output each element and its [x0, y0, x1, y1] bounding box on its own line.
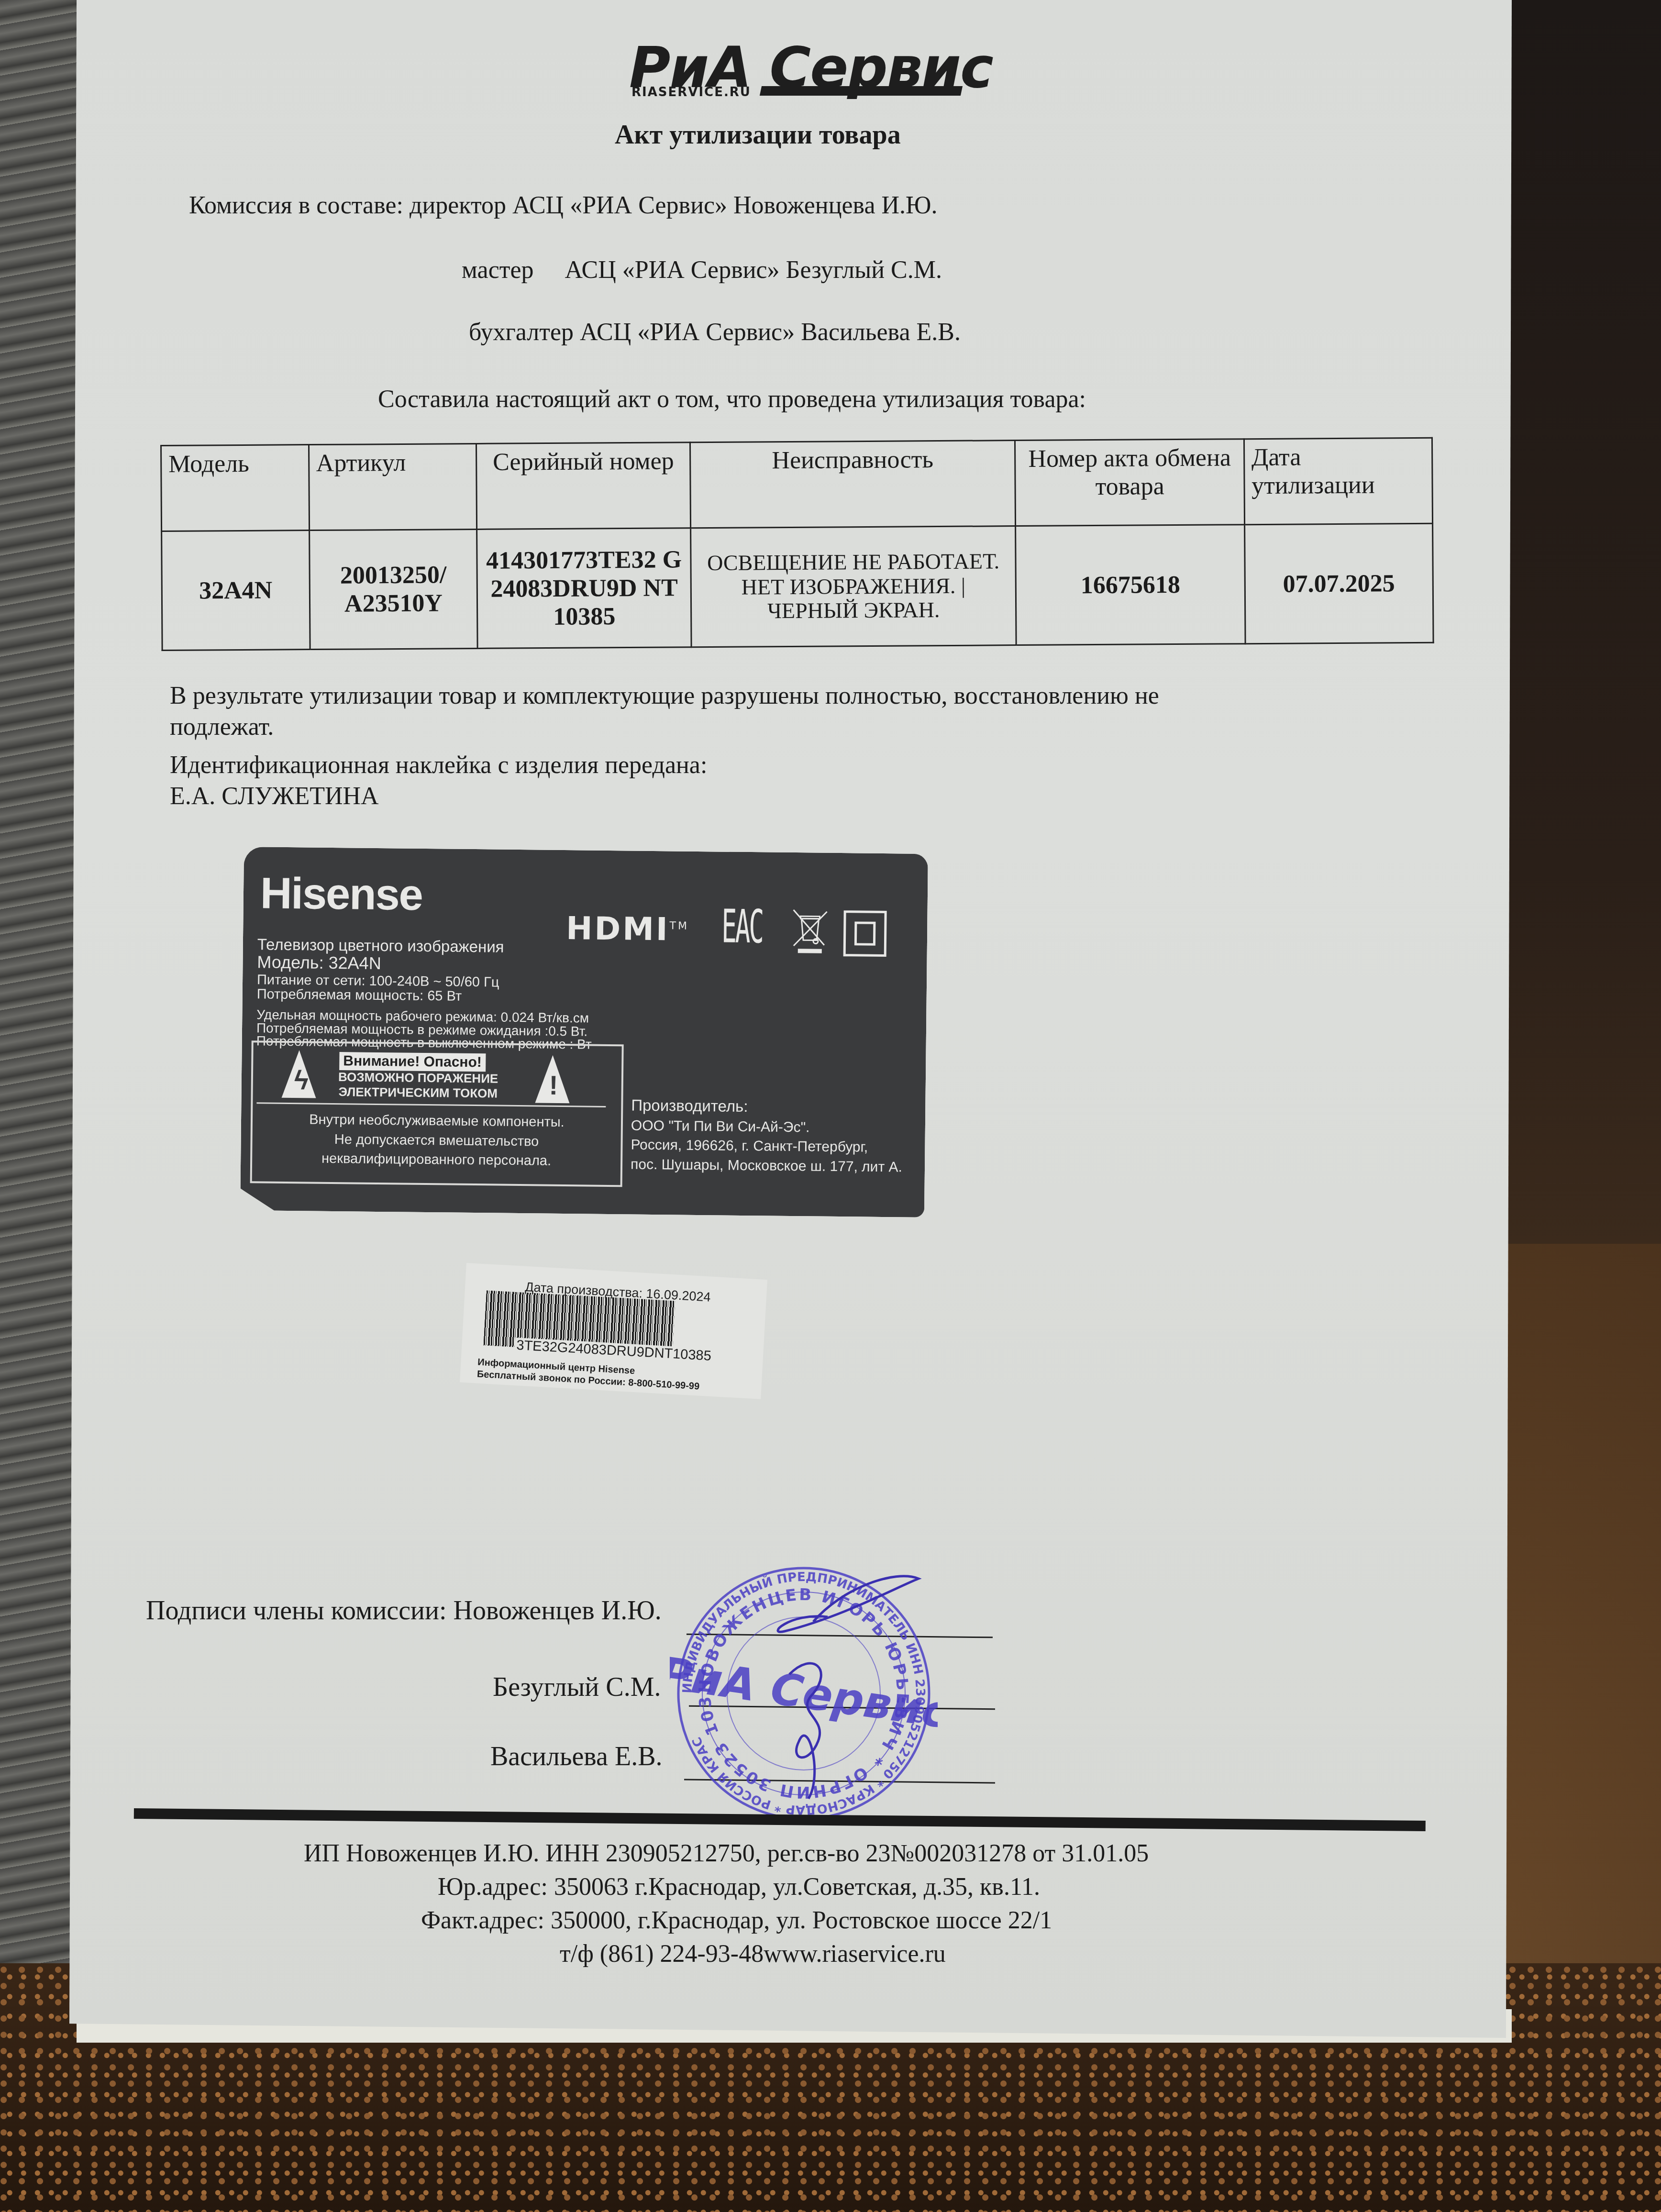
column-header-model: Модель	[161, 445, 310, 531]
cell-article: 20013250/ A23510Y	[309, 529, 477, 649]
hdmi-text: HDMI	[566, 910, 670, 948]
eac-mark-icon: EAC	[721, 899, 763, 953]
signatures-title: Подписи члены комиссии: Новоженцев И.Ю.	[146, 1595, 662, 1626]
serial-barcode-sticker: Дата производства: 16.09.2024 3TE32G2408…	[460, 1263, 767, 1399]
result-text-line2: подлежат.	[170, 713, 274, 741]
table-header-row: Модель Артикул Серийный номер Неисправно…	[161, 438, 1433, 531]
accountant-line: бухгалтер АСЦ «РИА Сервис» Васильева Е.В…	[469, 318, 961, 346]
warning-danger-line1: ВОЗМОЖНО ПОРАЖЕНИЕ	[338, 1070, 498, 1086]
cell-defect: ОСВЕЩЕНИЕ НЕ РАБОТАЕТ. НЕТ ИЗОБРАЖЕНИЯ. …	[690, 526, 1016, 647]
commission-line: Комиссия в составе: директор АСЦ «РИА Се…	[189, 191, 938, 220]
hisense-rating-label: Hisense HDMITM EAC Телевизор цветного из…	[240, 847, 928, 1217]
manufacturer-info: Производитель: ООО "Ти Пи Ви Си-Ай-Эс". …	[631, 1095, 903, 1177]
master-line: мастер АСЦ «РИА Сервис» Безуглый С.М.	[462, 256, 942, 284]
warning-danger-line2: ЭЛЕКТРИЧЕСКИМ ТОКОМ	[338, 1084, 498, 1101]
footer-legal-address: Юр.адрес: 350063 г.Краснодар, ул.Советск…	[438, 1873, 1040, 1901]
company-stamp: ИНДИВИДУАЛЬНЫЙ ПРЕДПРИНИМАТЕЛЬ ИНН 23090…	[670, 1559, 938, 1827]
warning-danger-text: ВОЗМОЖНО ПОРАЖЕНИЕ ЭЛЕКТРИЧЕСКИМ ТОКОМ	[338, 1070, 498, 1101]
trademark-sign: TM	[669, 920, 689, 932]
column-header-exchange-act: Номер акта обмена товара	[1015, 439, 1244, 526]
column-header-defect: Неисправность	[690, 441, 1016, 528]
column-header-article: Артикул	[309, 443, 477, 530]
hdmi-logo-icon: HDMITM	[566, 910, 689, 948]
column-header-serial: Серийный номер	[476, 442, 690, 530]
manufacturer-name: ООО "Ти Пи Ви Си-Ай-Эс".	[631, 1116, 903, 1138]
manufacturer-address-line2: пос. Шушары, Московское ш. 177, лит А.	[631, 1155, 902, 1177]
warning-body: Внутри необслуживаемые компоненты. Не до…	[271, 1110, 602, 1172]
cell-model: 32A4N	[162, 531, 310, 651]
footer-contacts: т/ф (861) 224-93-48www.riaservice.ru	[560, 1940, 946, 1968]
footer-company-line: ИП Новоженцев И.Ю. ИНН 230905212750, рег…	[304, 1839, 1149, 1868]
label-power-consumption: Потребляемая мощность: 65 Вт	[257, 986, 462, 1004]
warning-title: Внимание! Опасно!	[339, 1052, 486, 1072]
footer-actual-address: Факт.адрес: 350000, г.Краснодар, ул. Рос…	[421, 1906, 1052, 1935]
warning-body-line2: Не допускается вмешательство	[271, 1129, 601, 1152]
column-header-disposal-date: Дата утилизации	[1244, 438, 1432, 524]
table-row: 32A4N 20013250/ A23510Y 414301773TE32 G2…	[162, 523, 1433, 650]
cell-disposal-date: 07.07.2025	[1244, 523, 1433, 643]
electric-shock-warning-icon: ϟ	[282, 1050, 317, 1098]
weee-crossed-bin-icon	[791, 907, 830, 956]
document-title: Акт утилизации товара	[615, 120, 901, 150]
background-surface-right	[1498, 0, 1661, 1244]
manufacturer-title: Производитель:	[631, 1096, 748, 1116]
disposal-table: Модель Артикул Серийный номер Неисправно…	[160, 437, 1434, 651]
electric-warning-box: ϟ Внимание! Опасно! ВОЗМОЖНО ПОРАЖЕНИЕ Э…	[250, 1040, 624, 1187]
recipient-name: Е.А. СЛУЖЕТИНА	[170, 782, 379, 810]
exclamation-warning-icon: !	[535, 1055, 570, 1103]
intro-line: Составила настоящий акт о том, что прове…	[378, 385, 1086, 413]
double-insulation-icon	[843, 910, 887, 957]
cell-exchange-act-number: 16675618	[1016, 525, 1245, 645]
warning-body-line3: неквалифицированного персонала.	[271, 1149, 601, 1172]
company-logo-site: RIASERVICE.RU	[631, 85, 751, 100]
signature-member-2: Безуглый С.М.	[493, 1672, 661, 1703]
manufacturer-address-line1: Россия, 196626, г. Санкт-Петербург,	[631, 1136, 902, 1158]
label-model: Модель: 32A4N	[257, 952, 381, 973]
hisense-logo: Hisense	[260, 868, 422, 920]
warning-divider	[256, 1102, 606, 1107]
result-text-line1: В результате утилизации товар и комплект…	[170, 682, 1159, 710]
logo-underline	[760, 86, 963, 96]
sticker-handover-text: Идентификационная наклейка с изделия пер…	[170, 751, 707, 779]
cell-serial: 414301773TE32 G24083DRU9D NT10385	[477, 528, 691, 649]
warning-body-line1: Внутри необслуживаемые компоненты.	[272, 1110, 602, 1133]
signature-member-3: Васильева Е.В.	[490, 1741, 663, 1772]
